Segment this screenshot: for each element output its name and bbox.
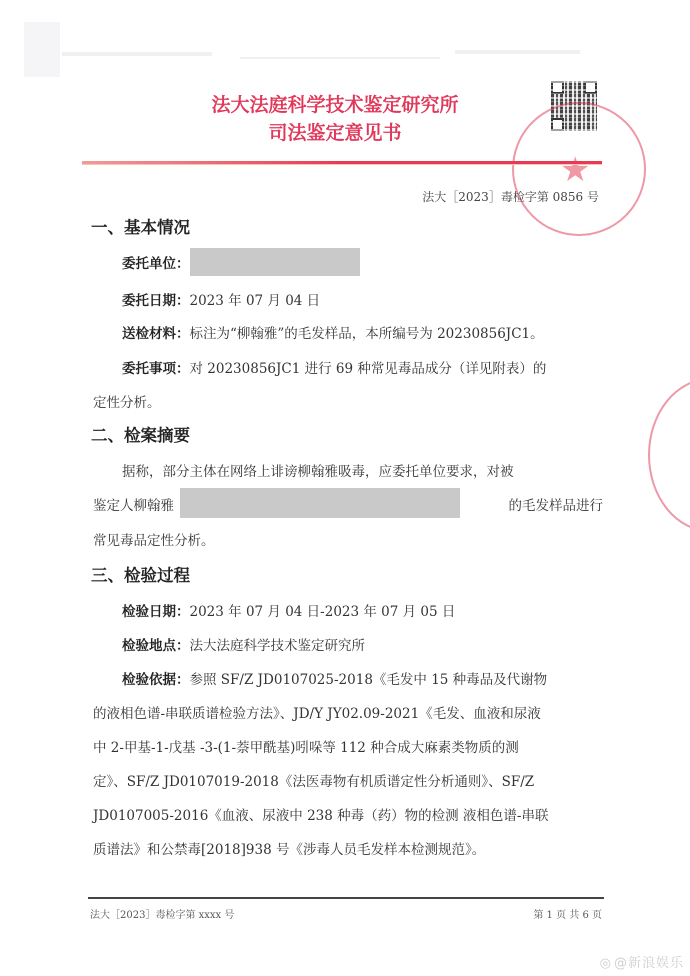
field-label: 检验地点： xyxy=(122,638,190,654)
field-exam-date: 检验日期：2023 年 07 月 04 日-2023 年 07 月 05 日 xyxy=(122,600,455,620)
redacted-block xyxy=(180,488,460,518)
field-value: 对 20230856JC1 进行 69 种常见毒品成分（详见附表）的 xyxy=(190,361,547,377)
document-number: 法大［2023］毒检字第 0856 号 xyxy=(422,188,599,205)
bleed-through-mark xyxy=(24,22,60,77)
redacted-block xyxy=(190,248,360,276)
field-value: 标注为“柳翰雅”的毛发样品，本所编号为 20230856JC1。 xyxy=(190,326,544,342)
field-exam-basis: 检验依据：参照 SF/Z JD0107025-2018《毛发中 15 种毒品及代… xyxy=(122,668,547,688)
field-label: 委托日期： xyxy=(122,293,190,309)
field-value: 参照 SF/Z JD0107025-2018《毛发中 15 种毒品及代谢物 xyxy=(190,672,548,688)
exam-basis-line: 质谱法》和公禁毒[2018]938 号《涉毒人员毛发样本检测规范》。 xyxy=(93,838,485,858)
footer-doc-number: 法大［2023］毒检字第 xxxx 号 xyxy=(90,906,234,921)
exam-basis-line: 中 2-甲基-1-戊基 -3-(1-萘甲酰基)吲哚等 112 种合成大麻素类物质… xyxy=(93,736,519,756)
exam-basis-line: JD0107005-2016《血液、尿液中 238 种毒（药）物的检测 液相色谱… xyxy=(93,804,548,824)
weibo-watermark: ◎@新浪娱乐 xyxy=(600,952,684,971)
summary-line-3: 常见毒品定性分析。 xyxy=(93,529,215,549)
field-entrusted-matter: 委托事项：对 20230856JC1 进行 69 种常见毒品成分（详见附表）的 xyxy=(122,357,546,377)
bleed-through-line xyxy=(240,57,440,59)
field-label: 委托单位： xyxy=(122,256,190,272)
field-submitted-material: 送检材料：标注为“柳翰雅”的毛发样品，本所编号为 20230856JC1。 xyxy=(122,322,544,342)
field-exam-location: 检验地点：法大法庭科学技术鉴定研究所 xyxy=(122,634,365,654)
section-heading-examination: 三、检验过程 xyxy=(91,562,190,586)
official-seal-edge-icon xyxy=(648,378,690,532)
section-heading-case-summary: 二、检案摘要 xyxy=(91,422,190,446)
summary-line-1: 据称，部分主体在网络上诽谤柳翰雅吸毒，应委托单位要求，对被 xyxy=(122,460,514,480)
bleed-through-line xyxy=(455,50,580,54)
section-heading-basic-info: 一、基本情况 xyxy=(91,214,190,238)
field-value: 2023 年 07 月 04 日 xyxy=(190,293,321,309)
field-entrust-date: 委托日期：2023 年 07 月 04 日 xyxy=(122,289,320,309)
field-value: 2023 年 07 月 04 日-2023 年 07 月 05 日 xyxy=(190,604,456,620)
summary-text: 鉴定人柳翰雅 xyxy=(93,498,174,514)
page-indicator: 第 1 页 共 6 页 xyxy=(533,906,602,921)
field-label: 委托事项： xyxy=(122,361,190,377)
field-label: 送检材料： xyxy=(122,326,190,342)
summary-text: 的毛发样品进行 xyxy=(509,494,604,514)
weibo-logo-icon: ◎ xyxy=(600,956,612,971)
field-entrusted-matter-cont: 定性分析。 xyxy=(93,391,161,411)
exam-basis-line: 的液相色谱-串联质谱检验方法》、JD/Y JY02.09-2021《毛发、血液和… xyxy=(93,702,541,722)
exam-basis-line: 定》、SF/Z JD0107019-2018《法医毒物有机质谱定性分析通则》、S… xyxy=(93,770,534,790)
field-label: 检验依据： xyxy=(122,672,190,688)
bleed-through-line xyxy=(62,52,212,56)
footer-divider xyxy=(88,897,604,899)
document-page: 法大法庭科学技术鉴定研究所 司法鉴定意见书 ★ 法大［2023］毒检字第 085… xyxy=(0,0,690,976)
field-value: 法大法庭科学技术鉴定研究所 xyxy=(190,638,366,654)
summary-line-2: 鉴定人柳翰雅的毛发样品进行 xyxy=(93,494,603,518)
seal-star-icon: ★ xyxy=(560,150,590,190)
header-divider-accent xyxy=(82,164,602,165)
watermark-text: @新浪娱乐 xyxy=(614,956,684,971)
field-label: 检验日期： xyxy=(122,604,190,620)
field-entrusting-party: 委托单位： xyxy=(122,252,360,276)
